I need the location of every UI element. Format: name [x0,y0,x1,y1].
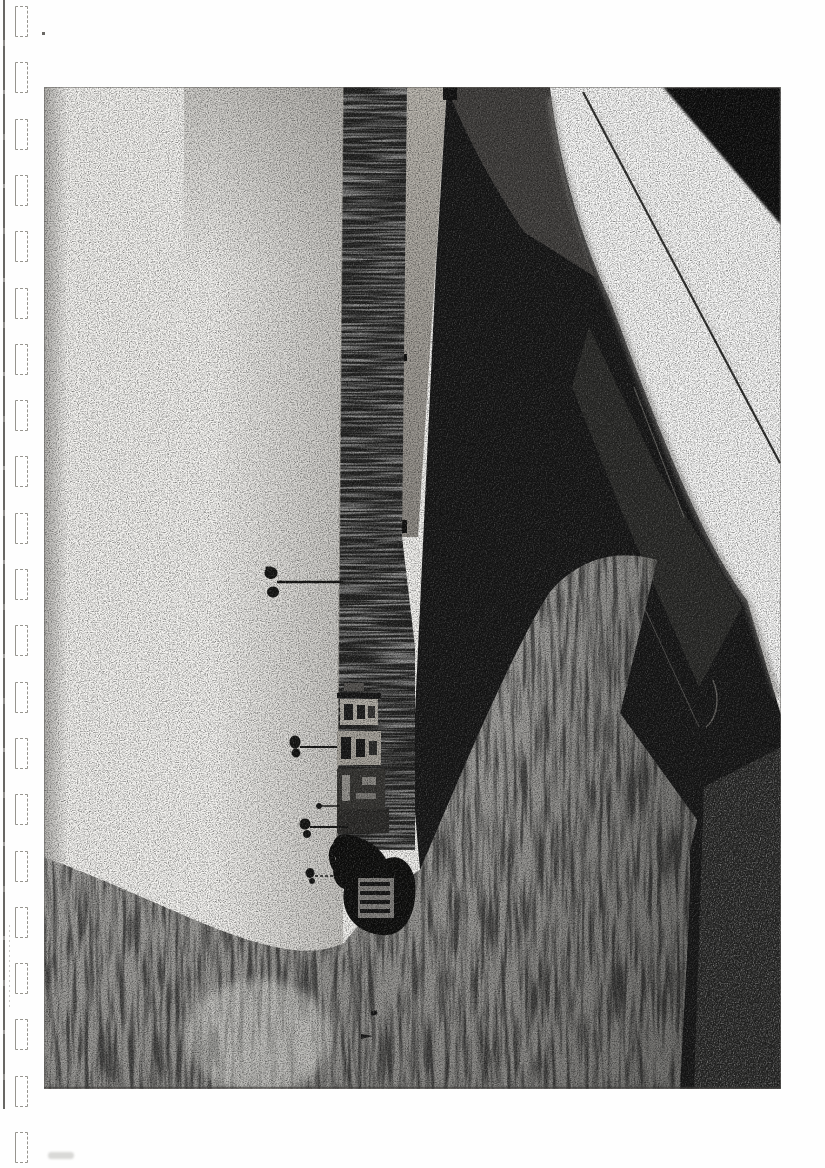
photo-canvas [44,87,781,1089]
scan-speck [42,32,45,35]
binding-hole [15,569,28,600]
binding-hole [15,175,28,206]
binding-hole [15,1132,28,1163]
faint-dash-column [9,925,10,1010]
binding-hole [15,851,28,882]
pier-photograph [44,87,781,1089]
binding-hole [15,1076,28,1107]
binding-hole [15,963,28,994]
binding-hole [15,682,28,713]
binding-hole [15,288,28,319]
binding-hole [15,794,28,825]
page-margin-line [3,0,5,1109]
binding-hole [15,344,28,375]
binding-hole [15,1019,28,1050]
scan-smudge [48,1152,74,1159]
binding-hole [15,231,28,262]
scan-grain-light [44,87,781,1089]
binding-hole [15,456,28,487]
binding-hole [15,6,28,37]
scanned-page [0,0,825,1168]
binding-hole [15,513,28,544]
binding-hole [15,119,28,150]
binding-hole [15,907,28,938]
binding-hole [15,625,28,656]
binding-hole [15,400,28,431]
binding-hole [15,62,28,93]
binding-hole [15,738,28,769]
